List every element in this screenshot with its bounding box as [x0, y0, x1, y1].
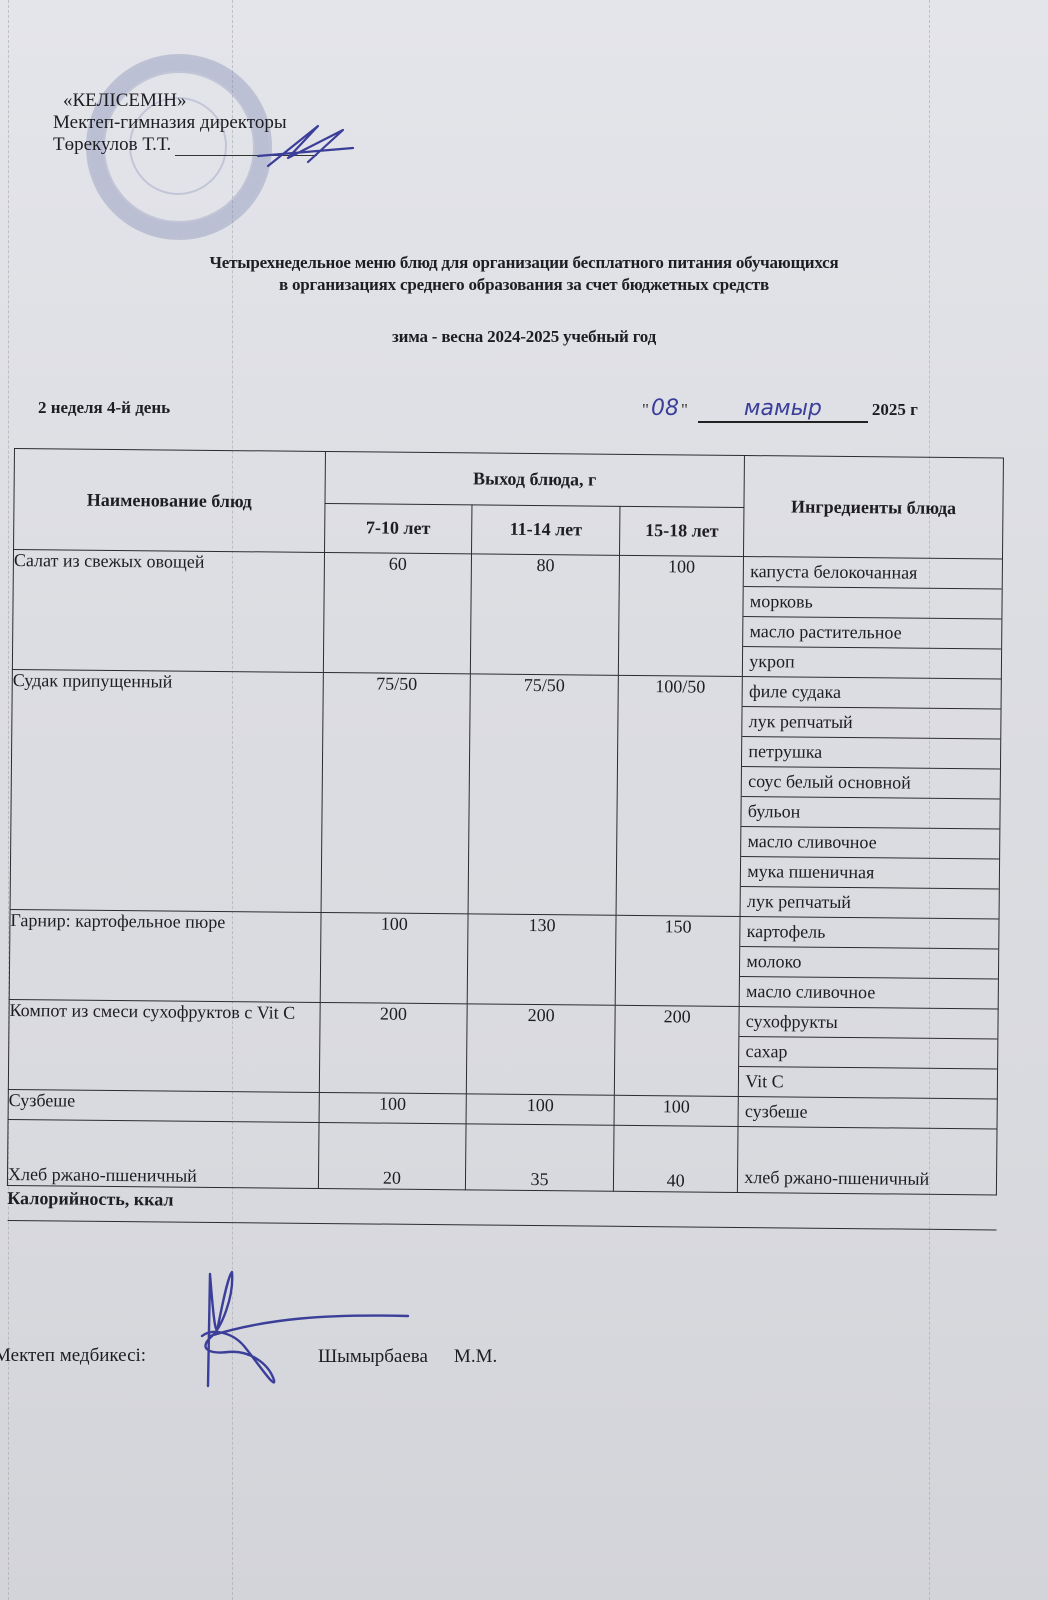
dish-yield: 75/50: [321, 672, 471, 913]
dish-yield: 200: [467, 1004, 616, 1095]
dish-ingredients: филе судакалук репчатыйпетрушкасоус белы…: [740, 677, 1001, 919]
ingredient-item: морковь: [744, 587, 1002, 619]
ingredient-item: сахар: [739, 1037, 997, 1069]
dish-yield: 100: [618, 555, 743, 676]
header-ingredients: Ингредиенты блюда: [744, 456, 1004, 559]
document-page: «КЕЛІСЕМІН» Мектеп-гимназия директоры Тө…: [0, 0, 1048, 1600]
dish-yield: 100/50: [616, 675, 743, 916]
dish-yield: 200: [319, 1002, 468, 1093]
ingredient-item: мука пшеничная: [741, 857, 999, 889]
approval-title: «КЕЛІСЕМІН»: [53, 90, 317, 112]
header-age-15-18: 15-18 лет: [619, 506, 744, 557]
ingredient-item: масло сливочное: [740, 977, 998, 1008]
ingredient-item: петрушка: [742, 737, 1000, 769]
ingredient-list: хлеб ржано-пшеничный: [738, 1163, 996, 1194]
ingredient-item: сухофрукты: [740, 1007, 998, 1039]
dish-yield: 40: [613, 1125, 738, 1192]
nurse-initials: М.М.: [454, 1346, 497, 1367]
dish-ingredients: хлеб ржано-пшеничный: [738, 1126, 997, 1194]
ingredient-item: масло сливочное: [741, 827, 999, 859]
ingredient-list: сухофруктысахарVit C: [739, 1007, 998, 1098]
dish-yield: 35: [466, 1124, 614, 1191]
ingredient-item: сузбеше: [739, 1097, 997, 1128]
ingredient-list: капуста белокочаннаяморковьмасло растите…: [743, 557, 1002, 678]
dish-name: Компот из смеси сухофруктов с Vit C: [8, 999, 319, 1092]
nurse-label: Мектеп медбикесі:: [0, 1345, 146, 1367]
ingredient-item: хлеб ржано-пшеничный: [738, 1163, 996, 1194]
document-title-line1: Четырехнедельное меню блюд для организац…: [0, 252, 1048, 274]
ingredient-list: сузбеше: [739, 1097, 997, 1128]
ingredient-item: Vit C: [739, 1067, 997, 1098]
dish-name: Хлеб ржано-пшеничный: [7, 1119, 318, 1188]
dish-yield: 130: [467, 914, 616, 1005]
header-age-7-10: 7-10 лет: [324, 503, 472, 554]
ingredient-item: картофель: [741, 917, 999, 949]
ingredient-item: капуста белокочанная: [744, 557, 1002, 589]
ingredient-item: масло растительное: [743, 617, 1001, 649]
menu-table-body: Салат из свежых овощей6080100капуста бел…: [7, 550, 1002, 1195]
ingredient-item: лук репчатый: [743, 707, 1001, 739]
nurse-signature-icon: [188, 1266, 418, 1396]
ingredient-item: укроп: [743, 647, 1001, 678]
dish-name: Салат из свежых овощей: [12, 550, 324, 673]
dish-yield: 60: [323, 552, 472, 673]
ingredient-item: соус белый основной: [742, 767, 1000, 799]
ingredient-item: филе судака: [743, 677, 1001, 709]
date-day: 08: [651, 396, 679, 421]
dish-name: Сузбеше: [8, 1089, 319, 1122]
nurse-name: ШымырбаеваМ.М.: [318, 1346, 523, 1368]
dish-yield: 100: [320, 912, 469, 1003]
date-line: " 08 " мамыр 2025 г: [640, 396, 918, 423]
director-signature-icon: [248, 118, 358, 178]
table-row: Салат из свежых овощей6080100капуста бел…: [12, 550, 1002, 679]
dish-yield: 100: [614, 1095, 739, 1126]
dish-yield: 100: [319, 1092, 467, 1123]
table-row: Хлеб ржано-пшеничный203540хлеб ржано-пше…: [7, 1119, 997, 1194]
dish-yield: 100: [466, 1094, 614, 1125]
date-month: мамыр: [698, 396, 868, 423]
school-year: зима - весна 2024-2025 учебный год: [0, 326, 1048, 348]
dish-ingredients: капуста белокочаннаяморковьмасло растите…: [743, 557, 1003, 679]
table-row: Компот из смеси сухофруктов с Vit C20020…: [8, 999, 998, 1098]
dish-yield: 75/50: [468, 674, 618, 915]
document-title-line2: в организациях среднего образования за с…: [0, 274, 1048, 296]
ingredient-list: филе судакалук репчатыйпетрушкасоус белы…: [741, 677, 1001, 918]
dish-yield: 150: [615, 915, 740, 1006]
nurse-surname: Шымырбаева: [318, 1346, 428, 1367]
week-day-label: 2 неделя 4-й день: [38, 398, 170, 418]
table-row: Судак припущенный75/5075/50100/50филе су…: [10, 669, 1001, 918]
header-age-11-14: 11-14 лет: [472, 504, 620, 555]
dish-ingredients: сухофруктысахарVit C: [739, 1006, 999, 1098]
menu-table: Наименование блюд Выход блюда, г Ингреди…: [7, 448, 1004, 1230]
ingredient-item: лук репчатый: [741, 887, 999, 918]
dish-yield: 80: [471, 554, 620, 675]
header-yield: Выход блюда, г: [325, 451, 745, 507]
dish-name: Гарнир: картофельное пюре: [9, 909, 320, 1002]
approval-name: Төрекулов Т.Т.: [53, 134, 171, 155]
ingredient-item: бульон: [742, 797, 1000, 829]
dish-yield: 20: [318, 1122, 466, 1189]
ingredient-item: молоко: [740, 947, 998, 979]
date-year: 2025 г: [872, 400, 918, 420]
header-dish-name: Наименование блюд: [14, 449, 325, 553]
dish-yield: 200: [614, 1005, 739, 1096]
table-row: Гарнир: картофельное пюре100130150картоф…: [9, 909, 999, 1008]
dish-ingredients: сузбеше: [738, 1096, 997, 1128]
ingredient-list: картофельмолокомасло сливочное: [740, 917, 999, 1008]
dish-name: Судак припущенный: [10, 669, 323, 912]
dish-ingredients: картофельмолокомасло сливочное: [739, 916, 999, 1008]
